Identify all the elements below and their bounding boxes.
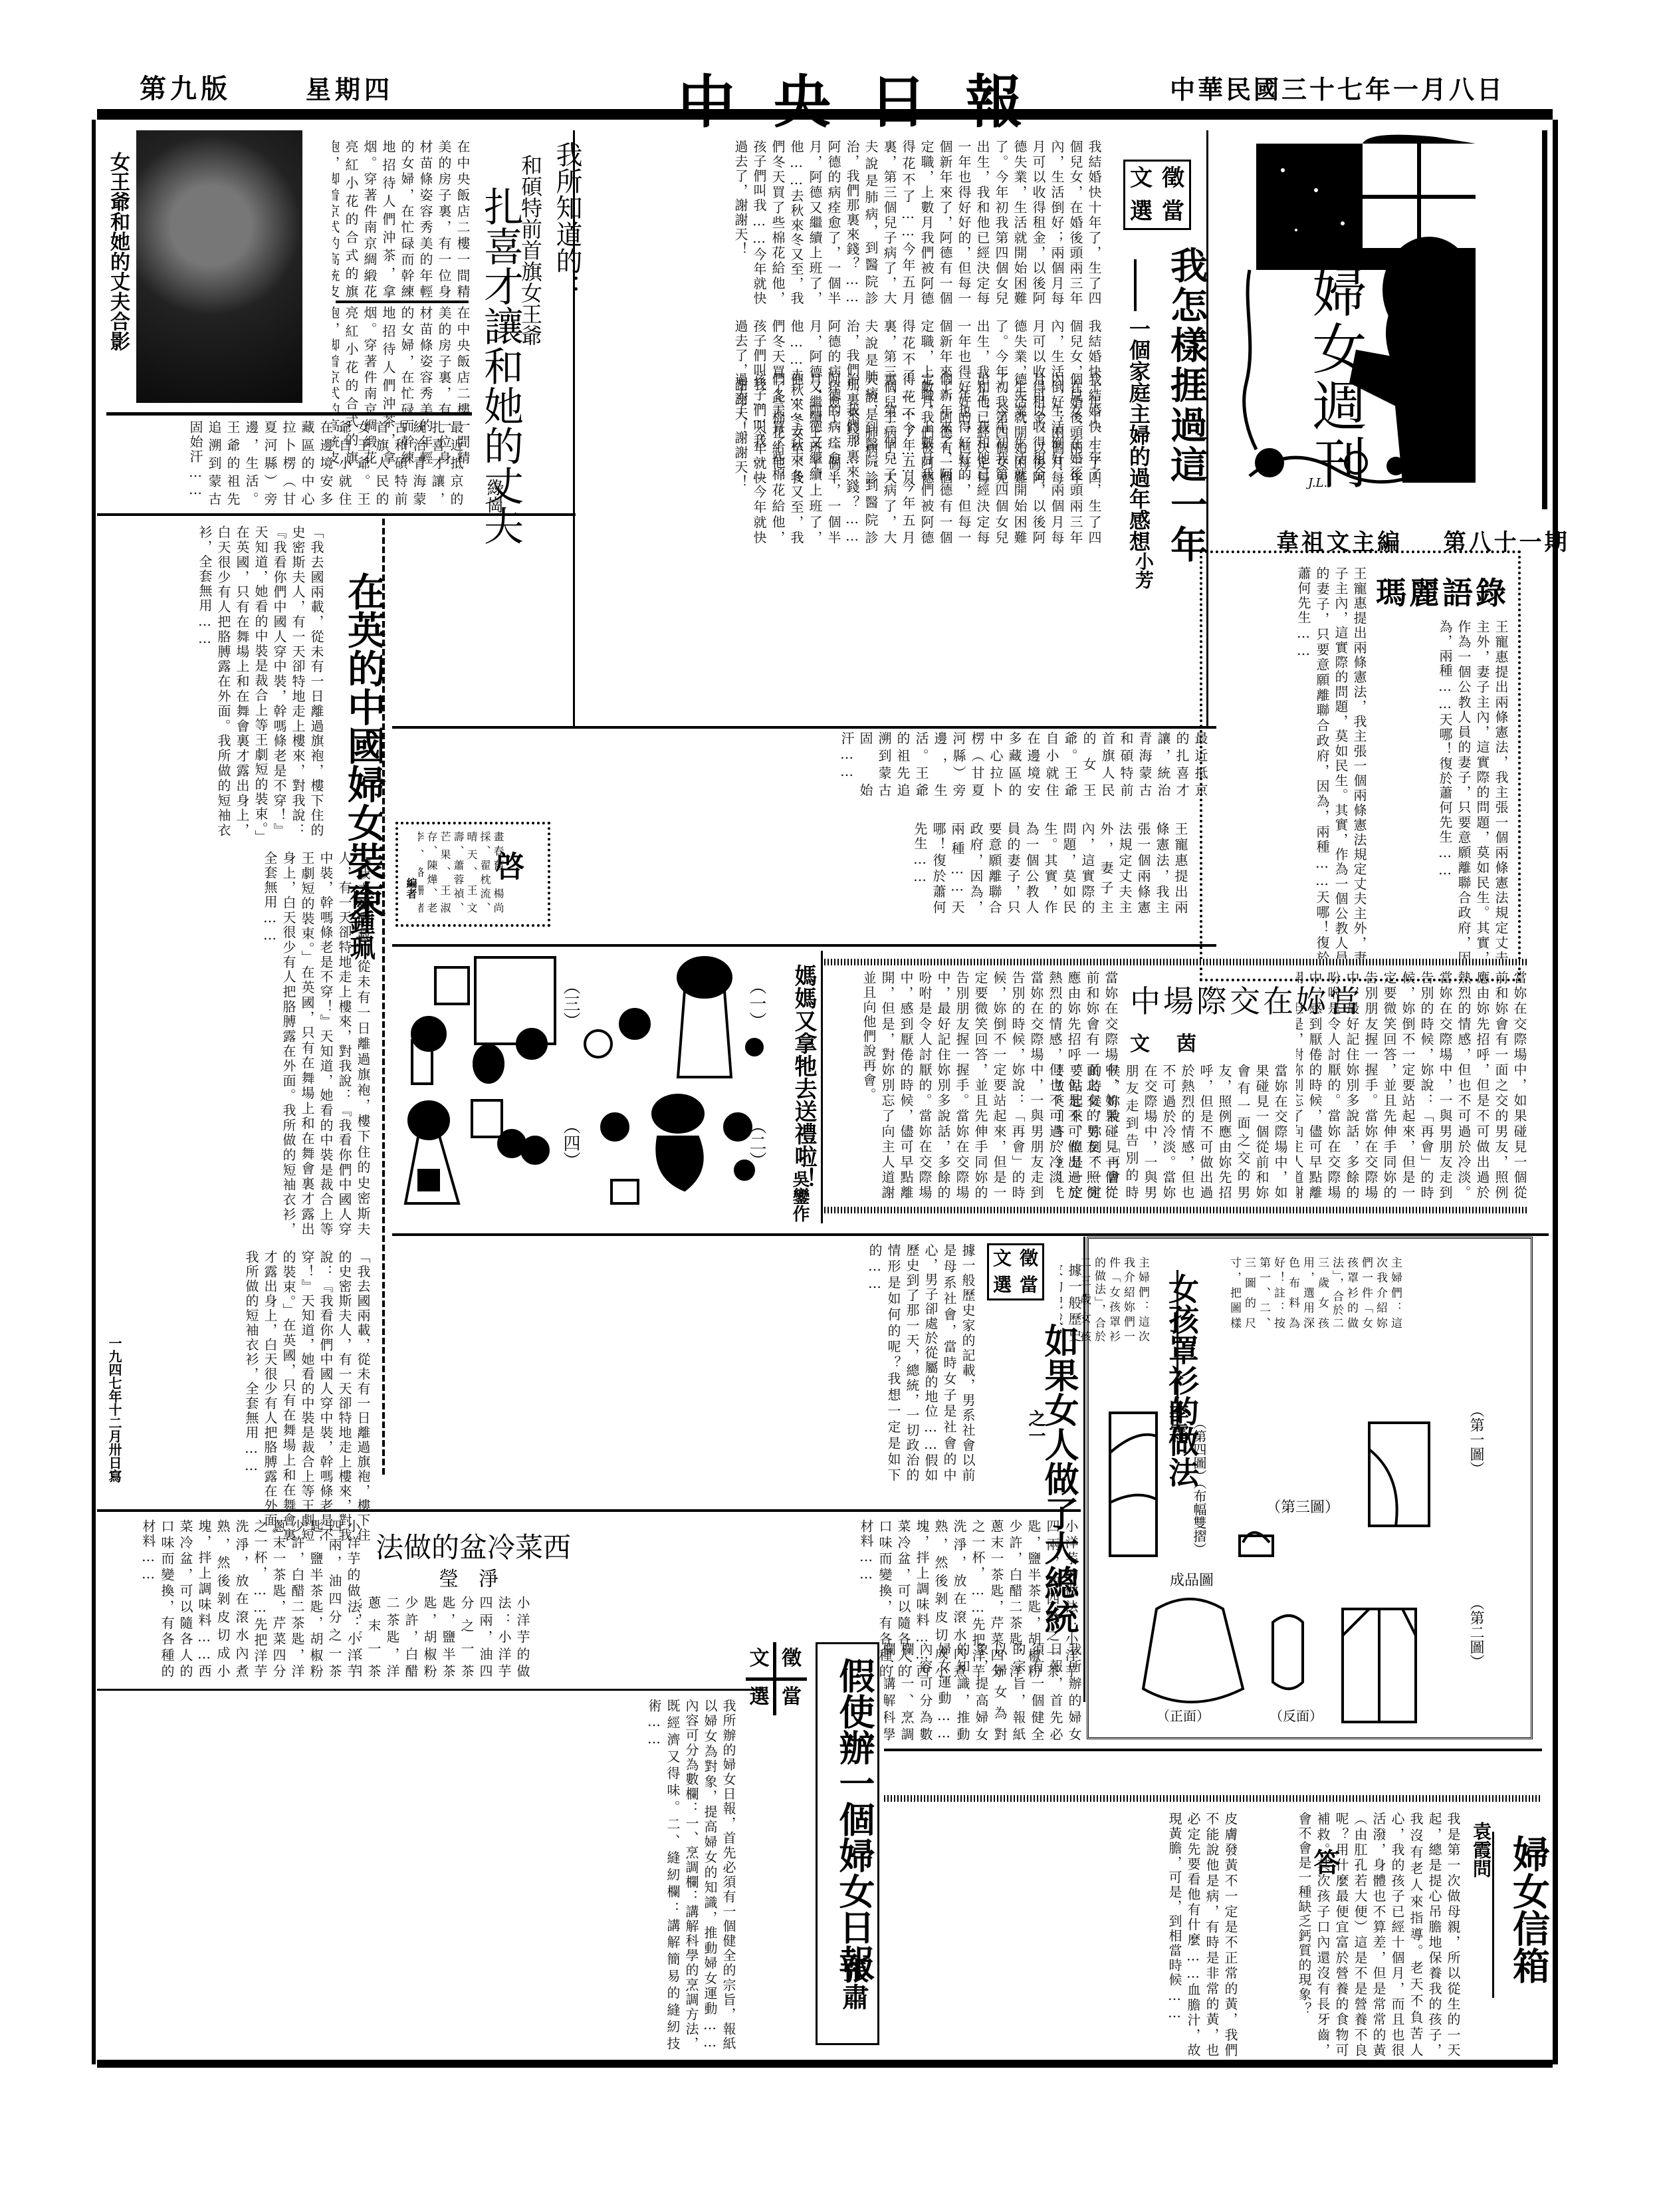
column-rule: [821, 951, 823, 1223]
issue-date: 中華民國三十七年一月八日: [1170, 69, 1505, 106]
panel-label: （四）: [558, 1117, 583, 1169]
article-body: 「我去國兩載，從未有一日離過旗袍，樓下住的史密斯夫人，有一天卻特地走上樓來，對我…: [106, 851, 372, 1237]
panel-4: [405, 1100, 548, 1203]
mailbox-question-label: 袁霞問: [1468, 1822, 1494, 1878]
badge-char: 文: [746, 1642, 776, 1681]
rule: [884, 1749, 1542, 1751]
masthead-rule: [97, 109, 1553, 120]
panel-2: [602, 1095, 754, 1203]
article-title: 我怎樣捱過這一年: [1160, 246, 1213, 565]
badge-char: 選: [746, 1681, 776, 1716]
mary-quotes-body: 王寵惠提出兩條憲法，我主張一個兩條憲法規定丈夫主外，妻子主內，這實際的問題，莫如…: [1209, 566, 1369, 965]
badge-char: 選: [1125, 195, 1157, 228]
badge-char: 當: [776, 1681, 807, 1716]
article-body: 最近抵京的扎喜才讓，統治青海蒙古和碩特前首旗人民的女王爺。王爺自小就住在邊境安多…: [106, 420, 465, 507]
photo-caption: 女王爺和她的丈夫合影: [103, 152, 132, 351]
frame-left: [92, 120, 96, 2064]
mary-quotes-body: 王寵惠提出兩條憲法，我主張一個兩條憲法規定丈夫主外，妻子主內，這實際的問題，莫如…: [1377, 620, 1510, 965]
article-body-continued: 我結婚快十年了，生了四個兒女，在婚後頭兩三年內，生活倒好；兩個月每月可以收得租金…: [585, 372, 1103, 545]
column-rule: [382, 519, 385, 1476]
mailbox-title: 婦女信箱: [1502, 1835, 1555, 1984]
rule: [97, 1509, 1081, 1512]
page-number: 第九版: [140, 68, 231, 106]
panel-label: （二）: [744, 1117, 769, 1169]
rule: [97, 1689, 762, 1691]
column-rule: [1542, 130, 1547, 509]
article-author: 綠崗: [482, 479, 506, 513]
subtitle-dash: [1134, 259, 1137, 311]
frame-right: [1553, 120, 1558, 2064]
panel-3: [412, 957, 555, 1084]
badge-char: 徵: [1016, 1245, 1042, 1272]
mary-quotes-title: 瑪麗語錄: [1376, 569, 1509, 613]
essay-winner-badge: 文 徵 選 當: [1123, 160, 1191, 230]
badge-char: 徵: [776, 1642, 807, 1681]
badge-char: 文: [989, 1245, 1016, 1272]
rule: [392, 1233, 1549, 1236]
essay-winner-badge: 文 徵 選 當: [746, 1642, 807, 1715]
womens-daily-title-box: 假使辦一個婦女日報 張肅: [816, 1642, 879, 2045]
notice-text: 畫春舊、楊尚採、翟枕流、晴天、王文壽、蕭蓉禎、芒果、王淑存、陳燁、老李、路珊諸君…: [418, 831, 504, 914]
rule: [392, 944, 1216, 947]
rule: [106, 412, 472, 416]
essay-winner-badge: 文 徵 選 當: [987, 1243, 1044, 1300]
article-body: 我所辦的婦女日報，首先必須有一個健全的宗旨，報紙以婦女為對象，提高婦女的知識，推…: [100, 1699, 738, 2051]
mailbox-answer-label: 答: [1306, 1848, 1344, 1875]
article-title: 假使辦一個婦女日報: [829, 1658, 881, 1981]
article-author: 淨瑩: [439, 1562, 518, 1592]
cartoon-panels: [399, 951, 771, 1223]
column-series-label: 我所知道的：: [548, 141, 586, 301]
panel-label: （一）: [744, 977, 769, 1029]
weekly-masthead: 婦女週刊 J.L.: [1236, 130, 1522, 503]
rule: [392, 726, 1216, 729]
decorative-border: [884, 1795, 1542, 1802]
mary-quotes-box: 瑪麗語錄 王寵惠提出兩條憲法，我主張一個兩條憲法規定丈夫主外，妻子主內，這實際的…: [1200, 551, 1521, 981]
article-body: 我所辦的婦女日報，首先必須有一個健全的宗旨，報紙以婦女為對象，提高婦女的知識，推…: [884, 1642, 1083, 1742]
panel-1: [585, 957, 762, 1077]
rule: [336, 301, 469, 303]
rule: [97, 513, 576, 516]
article-body: 當妳在交際場中，如果碰見一個從前和妳會有一面之交的男友，照例應由妳先招呼，但是不…: [1057, 1064, 1289, 1200]
mailbox-answer: 皮膚發黃不一定是不正常的黃，我們不能說他是病，有時是非常的黃，也必定先要看他有什…: [887, 1812, 1240, 2058]
article-body: 我結婚快十年了，生了四個兒女，在婚後頭兩三年內，生活倒好；兩個月每月可以收得租金…: [585, 140, 1103, 306]
badge-char: 徵: [1157, 162, 1189, 195]
notice-signature: 編者: [403, 878, 419, 899]
cartoon-strip: （三） （一） （四） （二）: [399, 951, 771, 1223]
diagram-box: [1087, 1237, 1533, 1739]
article-body: 小洋芋的做法：小洋芋四兩，油四分之一茶匙，鹽半茶匙，胡椒粉少許，白醋二茶匙，洋蔥…: [100, 1519, 362, 1679]
article-subtitle: 一個家庭主婦的過年感想: [1123, 318, 1154, 552]
decorative-border: [824, 1207, 1529, 1213]
badge-char: 當: [1016, 1272, 1042, 1298]
badge-char: 選: [989, 1272, 1016, 1298]
article-body: 「我去國兩載，從未有一日離過旗袍，樓下住的史密斯夫人，有一天卻特地走上樓來，對我…: [106, 1250, 372, 1542]
article-author: 張肅: [835, 1957, 873, 2010]
article-photo: [136, 130, 302, 403]
reading-woman-illustration: [1236, 130, 1522, 503]
article-series: 之一: [1024, 1410, 1048, 1444]
newspaper-name: 中央日報: [678, 56, 1061, 138]
mailbox-question: 我是第一次做母親，所以從生的一天起，總是提心吊膽地保養我的孩子，我沒有老人來指導…: [1250, 1812, 1462, 2058]
badge-char: 當: [1157, 195, 1189, 228]
article-body: 最近抵京的扎喜才讓，統治青海蒙古和碩特前首旗人民的女王爺。王爺自小就住在邊境安多…: [392, 731, 1210, 798]
article-author: 小芳: [1130, 552, 1157, 589]
weekday: 星期四: [306, 69, 393, 106]
cartoon-title: 媽媽又拿牠去送禮啦！: [788, 964, 820, 1190]
article-author: 茵文: [1130, 1027, 1223, 1056]
article-body: 小洋芋的做法：小洋芋四兩，油四分之一茶匙，鹽半茶匙，胡椒粉少許，白醋二茶匙，洋蔥…: [359, 1596, 532, 1679]
frame-bottom: [97, 2060, 1553, 2068]
decorative-border: [824, 959, 1529, 965]
editor-notice-box: 啓 畫春舊、楊尚採、翟枕流、晴天、王文壽、蕭蓉禎、芒果、王淑存、陳燁、老李、路珊…: [395, 822, 550, 927]
article-body: 王寵惠提出兩條憲法，我主張一個兩條憲法規定丈夫主外，妻子主內，這實際的問題，莫如…: [558, 822, 1190, 915]
article-dateline: 一九四七年十二月卅日寫: [105, 1336, 124, 1483]
illustrator-signature: J.L.: [1308, 476, 1327, 490]
article-body: 在中央飯店二樓一間精美的房子裏，有一位身材苗條姿容秀美的年輕的女婦，在忙碌而幹練…: [332, 140, 472, 299]
panel-label: （三）: [558, 977, 583, 1029]
article-body: 當妳在交際場中，如果碰見一個從前和妳會有一面之交的男友，照例應由妳先招呼，但是不…: [1296, 971, 1529, 1200]
article-body: 據一般歷史家的記載，男系社會以前是母系社會，當時女子是社會的中心，男子卻處於從屬…: [392, 1243, 977, 1483]
cartoon-author: 吳鑾作: [788, 1170, 812, 1222]
weekly-title: 婦女週刊: [1296, 263, 1374, 492]
badge-char: 文: [1125, 162, 1157, 195]
article-body: 「我去國兩載，從未有一日離過旗袍，樓下住的史密斯夫人，有一天卻特地走上樓來，對我…: [106, 525, 326, 838]
